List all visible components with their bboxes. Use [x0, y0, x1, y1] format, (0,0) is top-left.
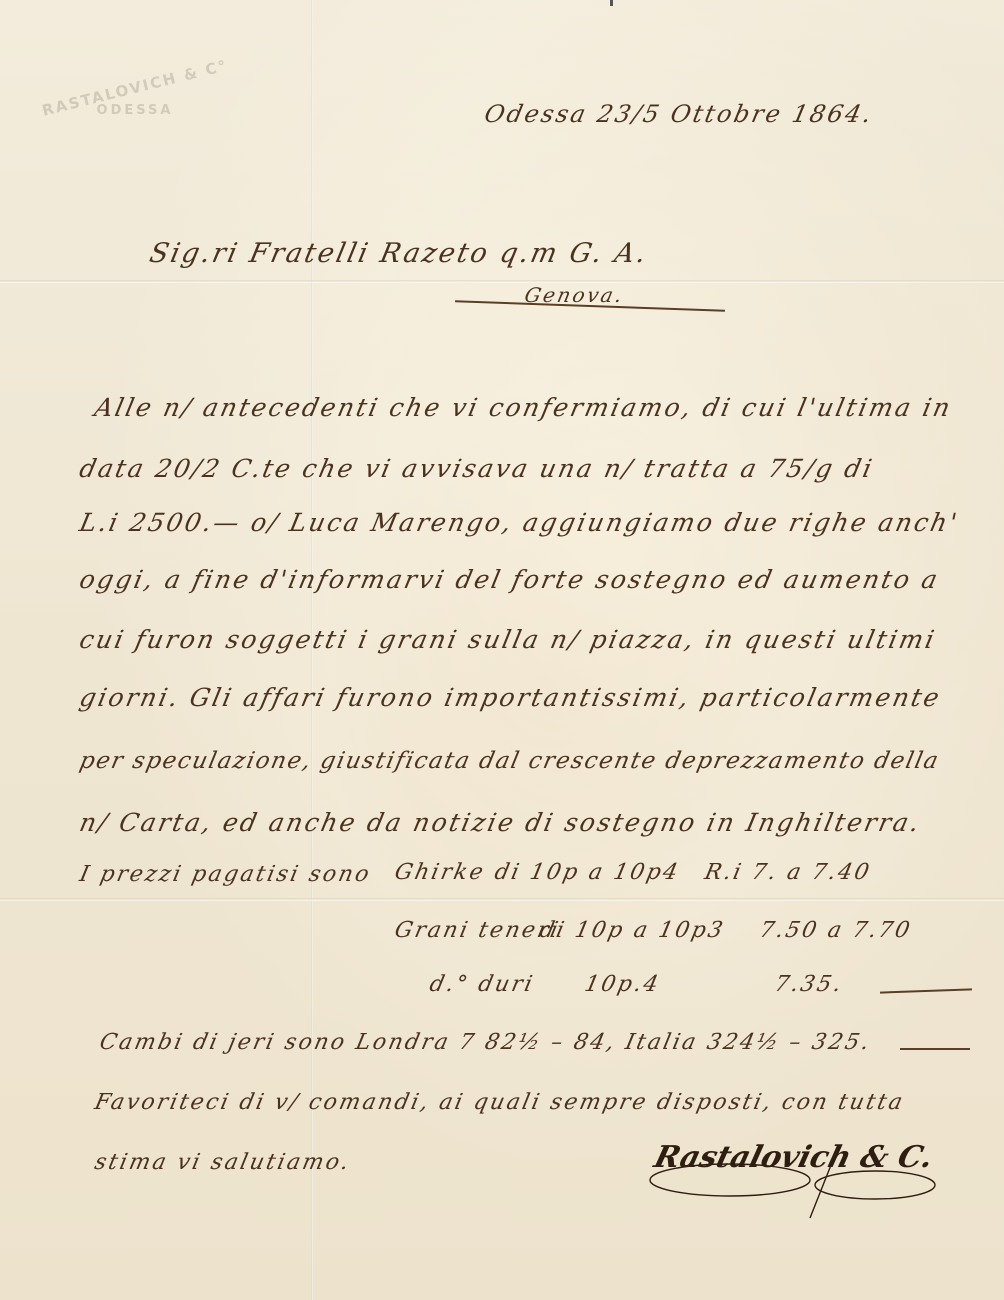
- dateline: Odessa 23/5 Ottobre 1864.: [482, 100, 876, 128]
- body-line-1: Alle n/ antecedenti che vi confermiamo, …: [92, 393, 955, 422]
- exchange-dash: [900, 1048, 970, 1050]
- signature: Rastalovich & C.: [651, 1140, 937, 1175]
- body-line-6: giorni. Gli affari furono importantissim…: [77, 683, 944, 712]
- company-stamp: RASTALOVICH & C° ODESSA: [35, 75, 235, 145]
- price-item: Ghirke: [392, 860, 487, 885]
- exchange-line: Cambi di jeri sono Londra 7 82½ – 84, It…: [97, 1030, 873, 1055]
- price-range: di 10p a 10p4: [492, 860, 682, 885]
- body-line-5: cui furon soggetti i grani sulla n/ piaz…: [77, 625, 939, 654]
- prices-intro: I prezzi pagatisi sono: [77, 862, 373, 887]
- paper-fold-horizontal-bottom: [0, 898, 1004, 901]
- price-item: d.° duri: [427, 972, 536, 997]
- addressee: Sig.ri Fratelli Razeto q.m G. A.: [147, 238, 651, 269]
- paper-fold-horizontal-top: [0, 280, 1004, 283]
- price-range: di 10p a 10p3: [537, 918, 727, 943]
- body-line-3: L.i 2500.— o/ Luca Marengo, aggiungiamo …: [77, 508, 962, 537]
- price-value: 7.35.: [772, 972, 845, 997]
- body-line-8: n/ Carta, ed anche da notizie di sostegn…: [77, 808, 924, 837]
- closing-line-2: stima vi salutiamo.: [92, 1150, 353, 1175]
- closing-line-1: Favoriteci di v/ comandi, ai quali sempr…: [92, 1090, 907, 1115]
- price-range: 10p.4: [582, 972, 662, 997]
- body-line-2: data 20/2 C.te che vi avvisava una n/ tr…: [77, 454, 877, 483]
- body-line-7: per speculazione, giustificata dal cresc…: [77, 748, 942, 774]
- price-value: 7.50 a 7.70: [757, 918, 914, 943]
- body-line-4: oggi, a fine d'informarvi del forte sost…: [77, 565, 942, 594]
- paper-mark: [610, 0, 613, 6]
- price-value: R.i 7. a 7.40: [702, 860, 873, 885]
